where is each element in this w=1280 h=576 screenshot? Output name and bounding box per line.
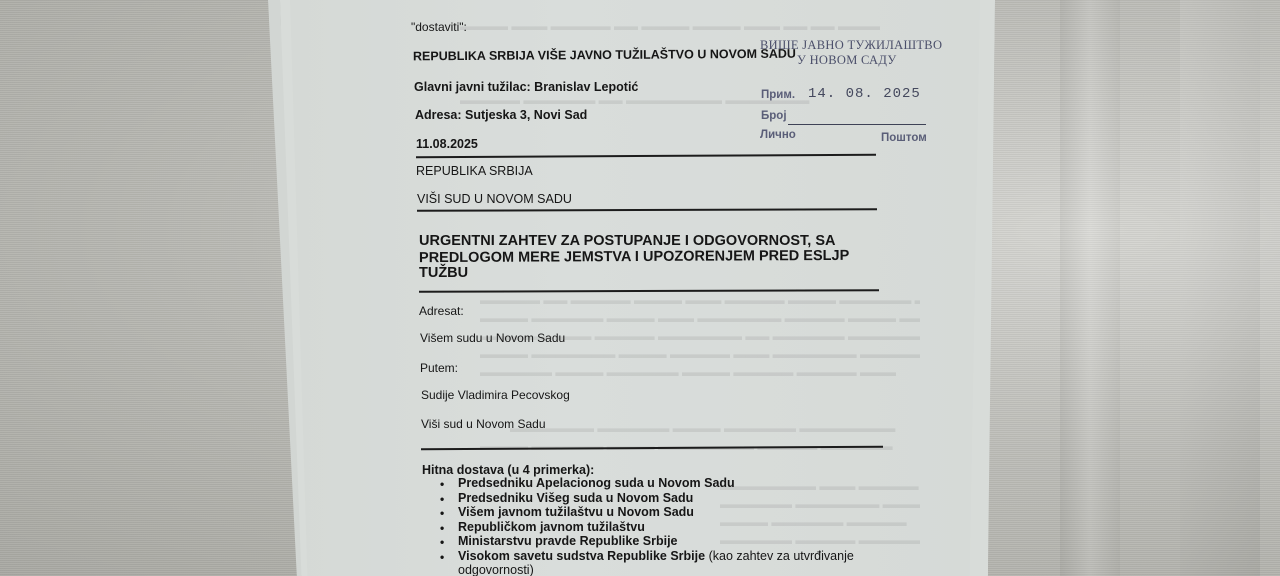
heading-line-3: TUŽBU bbox=[419, 265, 849, 281]
heading-line-1: URGENTNI ZAHTEV ZA POSTUPANJE I ODGOVORN… bbox=[419, 233, 849, 249]
list-item: Visokom savetu sudstva Republike Srbije … bbox=[440, 549, 854, 564]
prosecutor-line: Glavni javni tužilac: Branislav Lepotić bbox=[414, 80, 638, 94]
divider bbox=[416, 154, 876, 158]
intro-text: "dostaviti": bbox=[411, 20, 467, 34]
list-item: Ministarstvu pravde Republike Srbije bbox=[440, 534, 854, 549]
via-court: Viši sud u Novom Sadu bbox=[421, 417, 546, 431]
list-item: Predsedniku Višeg suda u Novom Sadu bbox=[440, 491, 854, 506]
addressee-name: Višem sudu u Novom Sadu bbox=[420, 331, 565, 345]
heading-line-2: PREDLOGOM MERE JEMSTVA I UPOZORENJEM PRE… bbox=[419, 248, 849, 266]
court-line-2: VIŠI SUD U NOVOM SADU bbox=[417, 192, 572, 206]
court-line-1: REPUBLIKA SRBIJA bbox=[416, 164, 533, 178]
delivery-list: Predsedniku Apelacionog suda u Novom Sad… bbox=[440, 476, 854, 576]
stamp-received-date: 14. 08. 2025 bbox=[808, 86, 921, 102]
sender-line: REPUBLIKA SRBIJA VIŠE JAVNO TUŽILAŠTVO U… bbox=[413, 47, 796, 64]
divider bbox=[419, 289, 879, 293]
stamp-number-line bbox=[788, 124, 926, 125]
stamp-number-label: Број bbox=[761, 110, 787, 122]
divider bbox=[417, 208, 877, 212]
via-name: Sudije Vladimira Pecovskog bbox=[421, 388, 570, 402]
stamp-title-line-2: У НОВОМ САДУ bbox=[797, 53, 897, 68]
stamp-received-label: Прим. bbox=[761, 89, 795, 101]
document-heading: URGENTNI ZAHTEV ZA POSTUPANJE I ODGOVORN… bbox=[419, 233, 849, 281]
stamp-title-line-1: ВИШЕ ЈАВНО ТУЖИЛАШТВО bbox=[760, 38, 942, 53]
address-line: Adresa: Sutjeska 3, Novi Sad bbox=[415, 108, 587, 122]
stamp-post-label: Поштом bbox=[881, 132, 927, 144]
document-date: 11.08.2025 bbox=[416, 137, 478, 151]
stamp-personal-label: Лично bbox=[760, 129, 796, 141]
list-item: Republičkom javnom tužilaštvu bbox=[440, 520, 854, 535]
document-page: "dostaviti": REPUBLIKA SRBIJA VIŠE JAVNO… bbox=[0, 0, 1280, 576]
list-item-continuation: odgovornosti) bbox=[440, 563, 854, 576]
addressee-label: Adresat: bbox=[419, 304, 464, 318]
via-label: Putem: bbox=[420, 361, 458, 375]
list-item: Višem javnom tužilaštvu u Novom Sadu bbox=[440, 505, 854, 520]
divider bbox=[421, 446, 883, 450]
delivery-title: Hitna dostava (u 4 primerka): bbox=[422, 463, 594, 477]
list-item: Predsedniku Apelacionog suda u Novom Sad… bbox=[440, 476, 854, 491]
